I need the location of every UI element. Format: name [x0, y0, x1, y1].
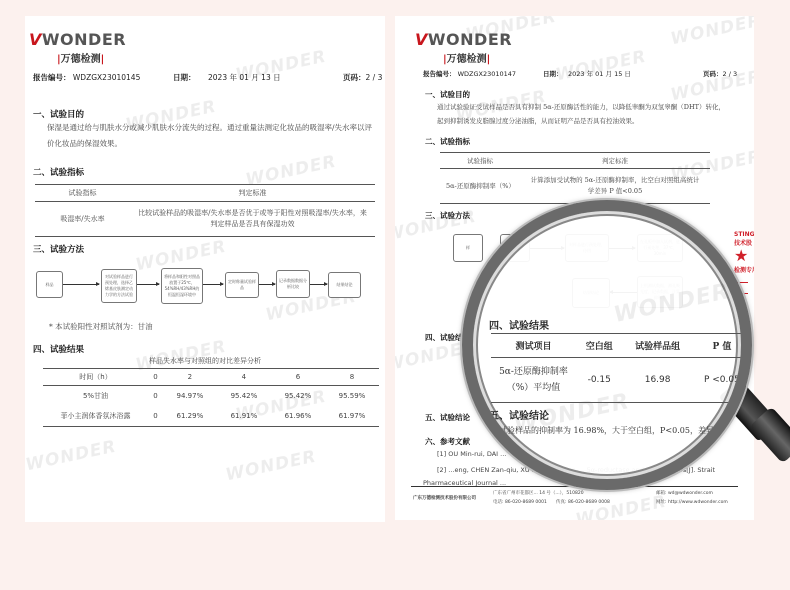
table-header-row: 测试项目 空白组 试验样品组 P 值 [491, 334, 751, 358]
table-row: 5α-还原酶抑制率（%） 计算添加受试物的 5α-还原酶抑制率，比空白对照组高统… [440, 169, 710, 204]
report-date: 2023 年 01 月 15 日 [568, 69, 631, 78]
footer-email: 邮箱: wd@wdwonder.com [656, 490, 713, 496]
watermark: WONDER [554, 47, 648, 86]
table-header: 判定标准 [130, 185, 375, 202]
table-cell: P <0.05 [693, 358, 751, 403]
table-cell: 5α-还原酶抑制率（%）平均值 [491, 358, 576, 403]
page-label: 页码： [343, 73, 366, 82]
footer-website: 网址: http://www.wdwonder.com [656, 499, 728, 505]
indicator-table: 试验指标 判定标准 5α-还原酶抑制率（%） 计算添加受试物的 5α-还原酶抑制… [440, 152, 710, 204]
arrow-icon [203, 284, 223, 285]
page-label: 页码： [703, 70, 723, 78]
section-body: 通过试验验证受试样品是否具有抑制 5α-还原酶活性的能力，以降低睾酮为双氢睾酮（… [437, 100, 742, 114]
table-header: 空白组 [576, 334, 622, 358]
table-row: 菲小主润体香氛沐浴露 0 61.29% 61.91% 61.96% 61.97% [43, 406, 379, 427]
watermark: WONDER [612, 279, 732, 328]
page-number: 2 / 3 [366, 73, 383, 82]
watermark: WONDER [669, 16, 754, 49]
section-title: 一、试验目的 [425, 89, 470, 100]
page-number: 2 / 3 [723, 70, 738, 78]
table-header: 时间（h） [43, 369, 148, 386]
logo-v-icon: V [415, 30, 428, 49]
table-cell: 5α-还原酶抑制率（%） [440, 169, 520, 204]
arrow-icon [137, 284, 159, 285]
flow-step: 样品 [36, 271, 63, 298]
wonder-logo: VWONDER |万德检测| [29, 30, 126, 65]
table-row: 5α-还原酶抑制率（%）平均值 -0.15 16.98 P <0.05 [491, 358, 751, 403]
table-cell: 计算添加受试物的 5α-还原酶抑制率，比空白对照组高统计学差异 P 值<0.05 [520, 169, 710, 204]
table-cell: 0 [148, 386, 163, 407]
flow-step: 结果结论 [328, 272, 361, 298]
table-header: 试验样品组 [622, 334, 692, 358]
table-cell: 95.42% [217, 386, 271, 407]
section-title: 三、试验方法 [425, 210, 470, 221]
table-cell: 61.97% [325, 406, 379, 427]
table-header: 8 [325, 369, 379, 386]
table-header: 0 [148, 369, 163, 386]
flow-step: 定时称量试验样品 [225, 272, 259, 298]
logo-text: WONDER [428, 30, 512, 49]
section-title: 六、参考文献 [425, 436, 470, 447]
magnified-section-title: 四、试验结果 [489, 317, 549, 332]
footer-fax: 传真: 86-020-8689 0008 [556, 499, 610, 505]
table-header: 试验指标 [440, 153, 520, 169]
table-cell: 0 [148, 406, 163, 427]
wonder-logo: VWONDER |万德检测| [415, 30, 512, 65]
magnified-section-title: 五、试验结论 [489, 407, 549, 422]
table-header: 2 [163, 369, 217, 386]
report-page-left: WONDER WONDER WONDER WONDER WONDER WONDE… [25, 16, 385, 522]
table-row: 吸湿率/失水率 比较试验样品的吸湿率/失水率是否优于或等于阳性对照吸湿率/失水率… [35, 202, 375, 237]
section-title: 二、试验指标 [425, 136, 470, 147]
watermark: WONDER [25, 437, 118, 476]
table-cell: 95.42% [271, 386, 325, 407]
table-header: 试验指标 [35, 185, 130, 202]
section-title: 二、试验指标 [33, 166, 84, 178]
flow-step: 记录数据数据分析比较 [276, 270, 310, 298]
method-note: * 本试验阳性对照试剂为：甘油 [49, 321, 153, 332]
table-header: 4 [217, 369, 271, 386]
arrow-icon [259, 284, 275, 285]
table-cell: 吸湿率/失水率 [35, 202, 130, 237]
table-header: 6 [271, 369, 325, 386]
section-title: 四、试验结果 [33, 343, 84, 355]
watermark: WONDER [574, 492, 668, 520]
table-header: P 值 [693, 334, 751, 358]
table-caption: 样品失水率与对照组的对比差异分析 [25, 356, 385, 366]
section-body: 保湿是通过给与肌肤水分或减少肌肤水分流失的过程。通过重量法测定化妆品的吸湿率/失… [47, 120, 373, 152]
watermark: WONDER [224, 447, 318, 486]
date-label: 日期： [543, 70, 563, 78]
table-header: 测试项目 [491, 334, 576, 358]
arrow-icon [63, 284, 99, 285]
footer-company: 广东万德检测技术股份有限公司 [413, 495, 476, 501]
date-label: 日期： [173, 73, 196, 82]
logo-subtitle: 万德检测 [447, 54, 487, 65]
table-cell: -0.15 [576, 358, 622, 403]
logo-text: WONDER [42, 30, 126, 49]
report-date: 2023 年 01 月 13 日 [208, 72, 281, 83]
report-no-label: 报告编号： [423, 70, 456, 78]
table-cell: 61.91% [217, 406, 271, 427]
magnified-results-table: 测试项目 空白组 试验样品组 P 值 5α-还原酶抑制率（%）平均值 -0.15… [491, 333, 751, 403]
section-title: 一、试验目的 [33, 108, 84, 120]
logo-subtitle: 万德检测 [61, 54, 101, 65]
table-cell: 比较试验样品的吸湿率/失水率是否优于或等于阳性对照吸湿率/失水率，来判定样品是否… [130, 202, 375, 237]
table-cell: 61.29% [163, 406, 217, 427]
indicator-table: 试验指标 判定标准 吸湿率/失水率 比较试验样品的吸湿率/失水率是否优于或等于阳… [35, 184, 375, 237]
table-cell: 61.96% [271, 406, 325, 427]
section-title: 三、试验方法 [33, 243, 84, 255]
report-no: WDZGX23010147 [458, 70, 516, 78]
table-header: 判定标准 [520, 153, 710, 169]
results-table: 时间（h） 0 2 4 6 8 5%甘油 0 94.97% 95.42% 95.… [43, 368, 379, 427]
table-header-row: 时间（h） 0 2 4 6 8 [43, 369, 379, 386]
arrow-icon [310, 284, 327, 285]
flow-step: 对试验样品进行预处理，选择乙烯基皮肤测定动力学的方法试验 [101, 269, 137, 303]
section-title: 五、试验结论 [425, 412, 470, 423]
flow-step: 将样品和阳性对照品放置于25℃，54%RH/43%RH的恒温恒湿环境中 [161, 268, 203, 304]
magnifying-glass: WONDER WONDER 四、试验结果 测试项目 空白组 试验样品组 P 值 … [462, 200, 752, 490]
report-no: WDZGX23010145 [73, 73, 140, 82]
table-cell: 5%甘油 [43, 386, 148, 407]
table-row: 5%甘油 0 94.97% 95.42% 95.42% 95.59% [43, 386, 379, 407]
footer-address: 广东省广州市花都区... 14 号（...），510820 [493, 490, 584, 496]
magnified-conclusion: 试验样品的抑制率为 16.98%，大于空白组，P<0.05，差异显著 [499, 425, 749, 436]
footer-phone: 电话: 86-020-8689 0001 [493, 499, 547, 505]
table-cell: 94.97% [163, 386, 217, 407]
table-cell: 16.98 [622, 358, 692, 403]
report-no-label: 报告编号： [33, 73, 71, 82]
table-cell: 菲小主润体香氛沐浴露 [43, 406, 148, 427]
section-body: 起到抑制诱发皮脂腺过度分泌油脂，从而证明产品是否具有控油效果。 [437, 114, 742, 128]
table-cell: 95.59% [325, 386, 379, 407]
logo-v-icon: V [29, 30, 42, 49]
